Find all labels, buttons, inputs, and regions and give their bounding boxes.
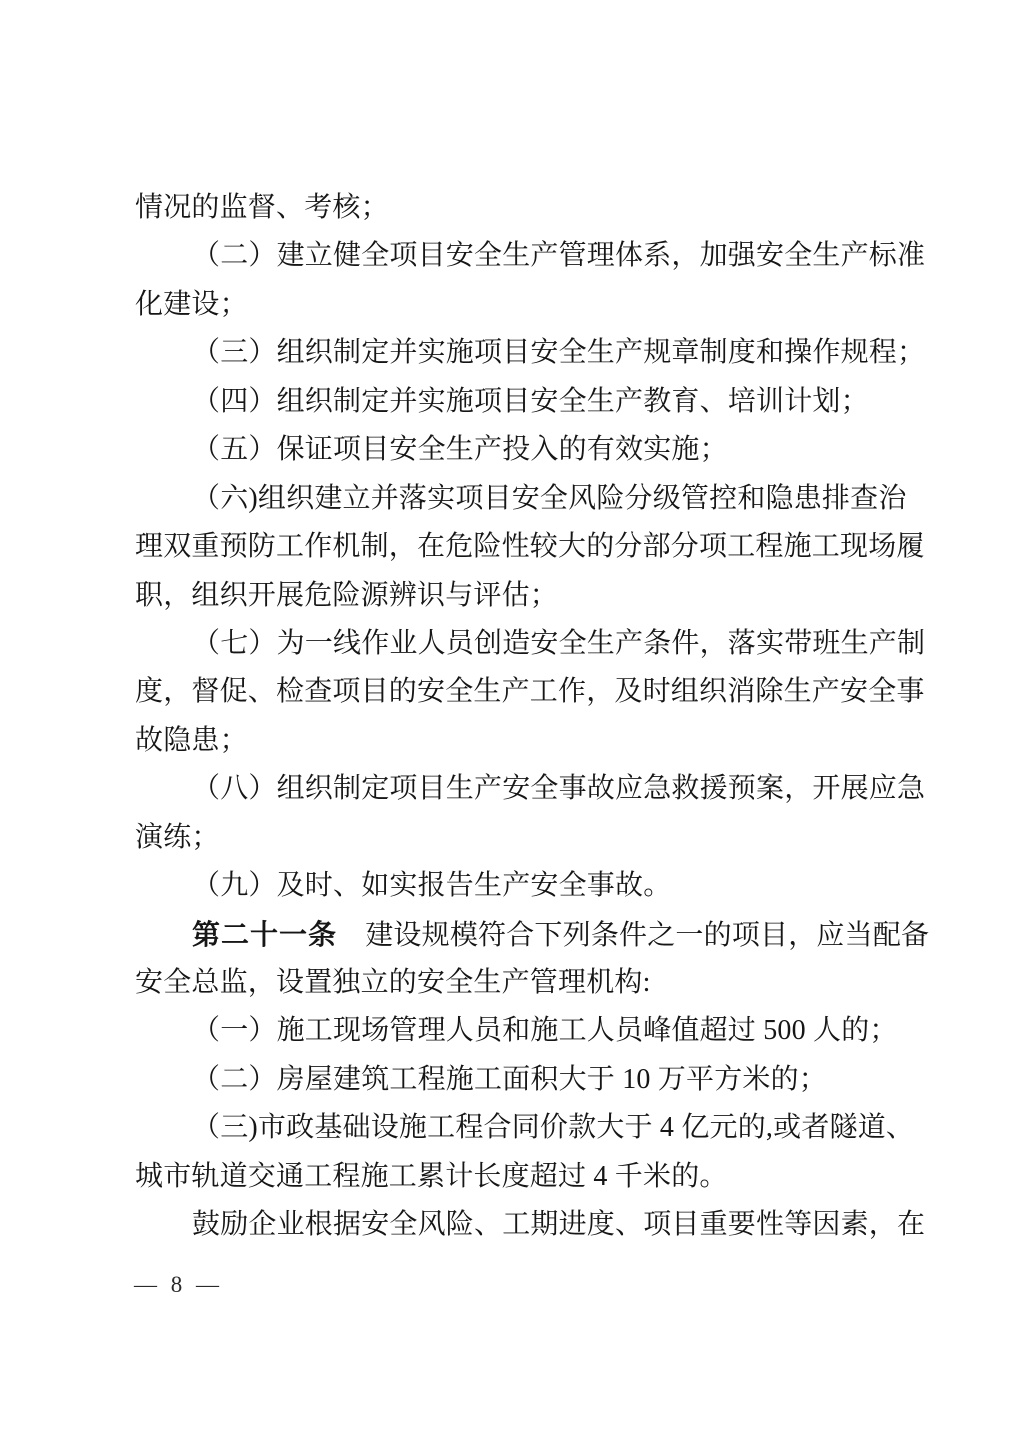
text-line: （八）组织制定项目生产安全事故应急救援预案，开展应急: [135, 765, 935, 813]
text-segment: 化建设；: [135, 289, 248, 320]
text-segment: （一）施工现场管理人员和施工人员峰值超过 500 人的；: [192, 1015, 898, 1046]
text-segment: 演练；: [135, 822, 220, 853]
text-line: 鼓励企业根据安全风险、工期进度、项目重要性等因素，在: [135, 1201, 935, 1249]
text-line: （三)市政基础设施工程合同价款大于 4 亿元的,或者隧道、: [135, 1104, 935, 1152]
text-segment: 情况的监督、考核；: [135, 192, 389, 223]
page-number: — 8 —: [134, 1272, 223, 1298]
text-segment: （三)市政基础设施工程合同价款大于 4 亿元的,或者隧道、: [192, 1112, 914, 1143]
text-line: 故隐患；: [135, 717, 935, 765]
text-line: 职，组织开展危险源辨识与评估；: [135, 572, 935, 620]
text-segment: 职，组织开展危险源辨识与评估；: [135, 580, 558, 611]
text-line: 理双重预防工作机制，在危险性较大的分部分项工程施工现场履: [135, 523, 935, 571]
text-line: 城市轨道交通工程施工累计长度超过 4 千米的。: [135, 1153, 935, 1201]
text-segment: （三）组织制定并实施项目安全生产规章制度和操作规程；: [192, 337, 925, 368]
text-line: （九）及时、如实报告生产安全事故。: [135, 862, 935, 910]
text-line: （二）建立健全项目安全生产管理体系，加强安全生产标准: [135, 232, 935, 280]
text-segment: （二）建立健全项目安全生产管理体系，加强安全生产标准: [192, 240, 925, 271]
text-line: 演练；: [135, 814, 935, 862]
document-page: 情况的监督、考核；（二）建立健全项目安全生产管理体系，加强安全生产标准化建设；（…: [0, 0, 1024, 1448]
text-segment: 鼓励企业根据安全风险、工期进度、项目重要性等因素，在: [192, 1209, 925, 1240]
text-line: （二）房屋建筑工程施工面积大于 10 万平方米的；: [135, 1056, 935, 1104]
text-segment: 城市轨道交通工程施工累计长度超过 4 千米的。: [135, 1161, 728, 1192]
text-line: （七）为一线作业人员创造安全生产条件，落实带班生产制: [135, 620, 935, 668]
text-segment: 安全总监，设置独立的安全生产管理机构:: [135, 967, 651, 998]
text-segment: （八）组织制定项目生产安全事故应急救援预案，开展应急: [192, 773, 925, 804]
text-line: （三）组织制定并实施项目安全生产规章制度和操作规程；: [135, 329, 935, 377]
text-segment: （四）组织制定并实施项目安全生产教育、培训计划；: [192, 386, 869, 417]
text-line: 化建设；: [135, 281, 935, 329]
text-line: （一）施工现场管理人员和施工人员峰值超过 500 人的；: [135, 1007, 935, 1055]
article-heading: 第二十一条: [192, 919, 337, 950]
text-line: 情况的监督、考核；: [135, 184, 935, 232]
text-segment: （九）及时、如实报告生产安全事故。: [192, 870, 671, 901]
text-line: （六)组织建立并落实项目安全风险分级管控和隐患排查治: [135, 475, 935, 523]
text-segment: （六)组织建立并落实项目安全风险分级管控和隐患排查治: [192, 483, 907, 514]
text-line: 度，督促、检查项目的安全生产工作，及时组织消除生产安全事: [135, 668, 935, 716]
text-segment: 度，督促、检查项目的安全生产工作，及时组织消除生产安全事: [135, 676, 925, 707]
text-segment: （二）房屋建筑工程施工面积大于 10 万平方米的；: [192, 1064, 827, 1095]
text-line: 第二十一条 建设规模符合下列条件之一的项目，应当配备: [135, 911, 935, 959]
text-line: （五）保证项目安全生产投入的有效实施；: [135, 426, 935, 474]
document-body: 情况的监督、考核；（二）建立健全项目安全生产管理体系，加强安全生产标准化建设；（…: [135, 184, 935, 1250]
text-segment: 故隐患；: [135, 725, 248, 756]
text-line: （四）组织制定并实施项目安全生产教育、培训计划；: [135, 378, 935, 426]
text-segment: 理双重预防工作机制，在危险性较大的分部分项工程施工现场履: [135, 531, 925, 562]
text-segment: （七）为一线作业人员创造安全生产条件，落实带班生产制: [192, 628, 925, 659]
text-line: 安全总监，设置独立的安全生产管理机构:: [135, 959, 935, 1007]
text-segment: （五）保证项目安全生产投入的有效实施；: [192, 434, 728, 465]
text-segment: 建设规模符合下列条件之一的项目，应当配备: [337, 920, 929, 951]
